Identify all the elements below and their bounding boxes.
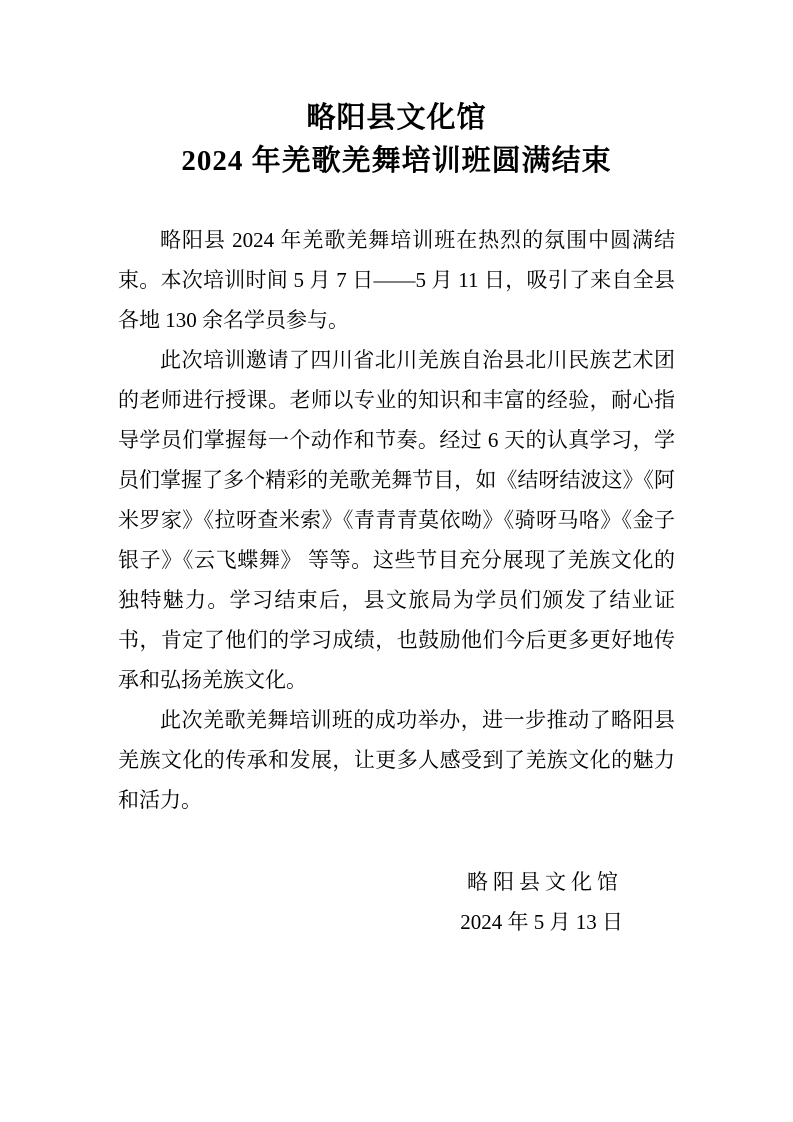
body-paragraph-1: 略阳县 2024 年羌歌羌舞培训班在热烈的氛围中圆满结束。本次培训时间 5 月 … [118,220,675,340]
signature-date: 2024 年 5 月 13 日 [118,902,623,942]
body-paragraph-3: 此次羌歌羌舞培训班的成功举办，进一步推动了略阳县羌族文化的传承和发展，让更多人感… [118,700,675,820]
document-page: 略阳县文化馆 2024 年羌歌羌舞培训班圆满结束 略阳县 2024 年羌歌羌舞培… [0,0,793,1122]
body-paragraph-2: 此次培训邀请了四川省北川羌族自治县北川民族艺术团的老师进行授课。老师以专业的知识… [118,340,675,700]
document-title-line-2: 2024 年羌歌羌舞培训班圆满结束 [118,140,675,183]
signature-block: 略阳县文化馆 2024 年 5 月 13 日 [118,862,675,942]
document-title-line-1: 略阳县文化馆 [118,97,675,140]
document-body: 略阳县 2024 年羌歌羌舞培训班在热烈的氛围中圆满结束。本次培训时间 5 月 … [118,220,675,820]
document-title: 略阳县文化馆 2024 年羌歌羌舞培训班圆满结束 [118,97,675,183]
signature-name: 略阳县文化馆 [118,862,623,902]
